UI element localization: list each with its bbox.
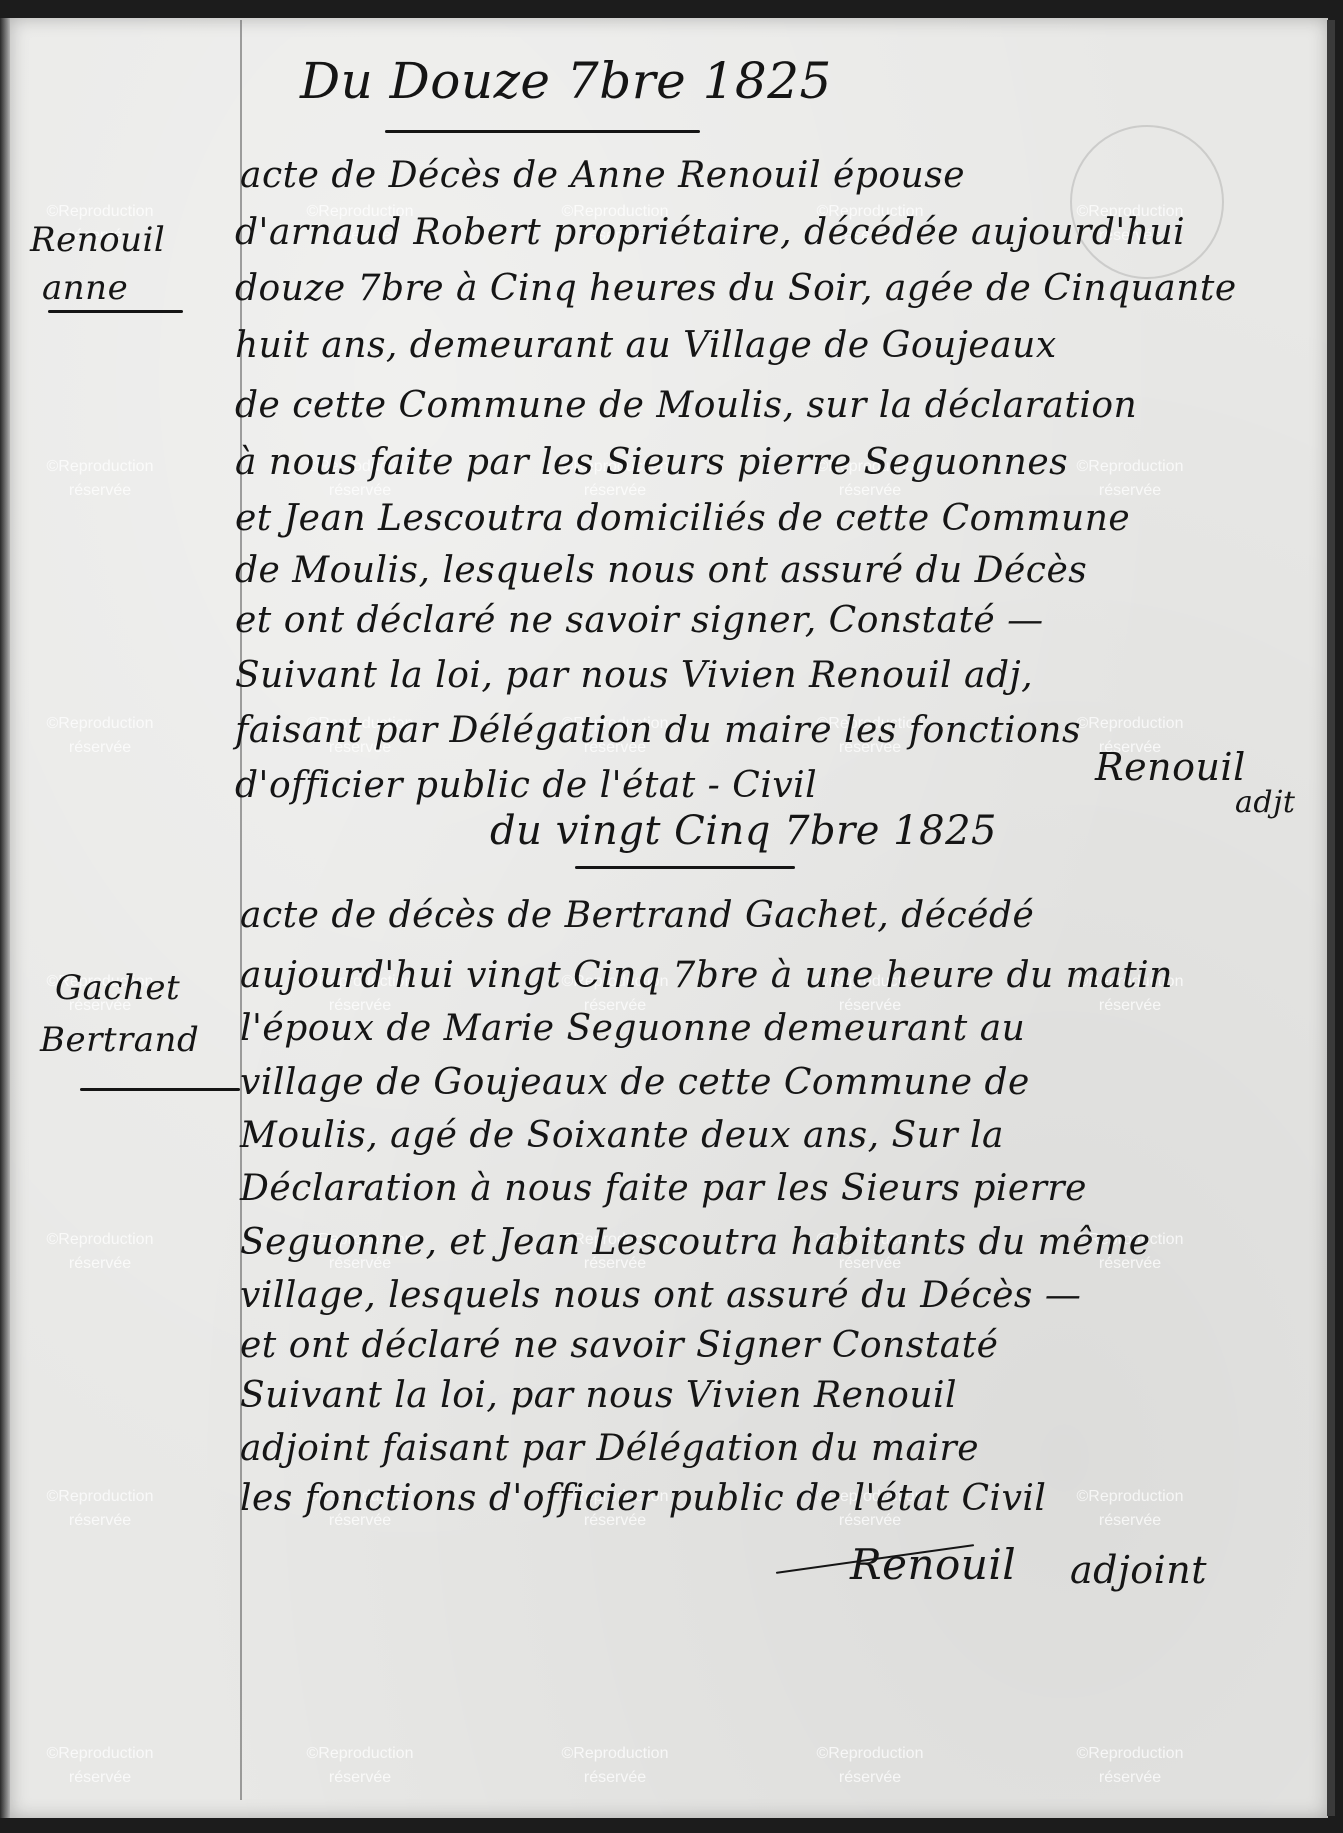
watermark-line1: ©Reproduction <box>47 1745 154 1762</box>
watermark: ©Reproductionréservée <box>30 1742 170 1790</box>
watermark-line1: ©Reproduction <box>307 1745 414 1762</box>
watermark-line1: ©Reproduction <box>562 1745 669 1762</box>
record-line: et Jean Lescoutra domiciliés de cette Co… <box>235 498 1130 539</box>
watermark-line2: réservée <box>1099 1769 1161 1786</box>
record-line: et ont déclaré ne savoir Signer Constaté <box>240 1325 998 1366</box>
watermark: ©Reproductionréservée <box>800 1742 940 1790</box>
watermark: ©Reproductionréservée <box>30 1485 170 1533</box>
watermark: ©Reproductionréservée <box>1060 1742 1200 1790</box>
record-line: adjoint faisant par Délégation du maire <box>240 1428 979 1469</box>
watermark-line1: ©Reproduction <box>47 203 154 220</box>
watermark-line1: ©Reproduction <box>817 1745 924 1762</box>
watermark-line1: ©Reproduction <box>47 1231 154 1248</box>
watermark-line1: ©Reproduction <box>47 715 154 732</box>
record-line: d'arnaud Robert propriétaire, décédée au… <box>235 212 1185 253</box>
watermark-line2: réservée <box>584 482 646 499</box>
record-line: d'officier public de l'état - Civil <box>235 765 817 806</box>
record-line: Suivant la loi, par nous Vivien Renouil … <box>235 655 1033 696</box>
watermark: ©Reproductionréservée <box>30 712 170 760</box>
record-line: Moulis, agé de Soixante deux ans, Sur la <box>240 1115 1004 1156</box>
record-line: acte de Décès de Anne Renouil épouse <box>240 155 965 196</box>
watermark-line2: réservée <box>1099 482 1161 499</box>
watermark-line2: réservée <box>329 1769 391 1786</box>
watermark-line2: réservée <box>69 482 131 499</box>
margin-given-name: anne <box>42 268 128 308</box>
entry-heading-date: Du Douze 7bre 1825 <box>300 52 832 110</box>
record-line: village de Goujeaux de cette Commune de <box>240 1062 1030 1103</box>
heading-underline <box>385 130 700 133</box>
watermark: ©Reproductionréservée <box>290 1742 430 1790</box>
record-line: Suivant la loi, par nous Vivien Renouil <box>240 1375 957 1416</box>
record-line: l'époux de Marie Seguonne demeurant au <box>240 1008 1025 1049</box>
watermark-line2: réservée <box>584 1769 646 1786</box>
record-line: de Moulis, lesquels nous ont assuré du D… <box>235 550 1087 591</box>
margin-surname: Gachet <box>55 968 180 1008</box>
watermark: ©Reproductionréservée <box>30 1228 170 1276</box>
margin-surname: Renouil <box>30 220 165 260</box>
record-line: et ont déclaré ne savoir signer, Constat… <box>235 600 1044 641</box>
record-line: douze 7bre à Cinq heures du Soir, agée d… <box>235 268 1237 309</box>
record-line: faisant par Délégation du maire les fonc… <box>235 710 1081 751</box>
watermark-line1: ©Reproduction <box>47 458 154 475</box>
watermark-line1: ©Reproduction <box>1077 1745 1184 1762</box>
watermark: ©Reproductionréservée <box>30 455 170 503</box>
watermark-line2: réservée <box>839 1769 901 1786</box>
watermark-line2: réservée <box>1099 997 1161 1014</box>
heading-underline <box>575 866 795 869</box>
watermark-line1: ©Reproduction <box>1077 715 1184 732</box>
watermark: ©Reproductionréservée <box>1060 455 1200 503</box>
watermark: ©Reproductionréservée <box>1060 1485 1200 1533</box>
record-line: village, lesquels nous ont assuré du Déc… <box>240 1275 1081 1316</box>
watermark-line2: réservée <box>69 1255 131 1272</box>
record-line: Déclaration à nous faite par les Sieurs … <box>240 1168 1087 1209</box>
record-line: de cette Commune de Moulis, sur la décla… <box>235 385 1137 426</box>
watermark: ©Reproductionréservée <box>545 1742 685 1790</box>
page-right-edge <box>1327 20 1335 1816</box>
record-line: huit ans, demeurant au Village de Goujea… <box>235 325 1057 366</box>
margin-note-underline <box>80 1088 240 1091</box>
watermark-line2: réservée <box>69 739 131 756</box>
watermark-line2: réservée <box>69 1512 131 1529</box>
margin-note-underline <box>48 310 183 313</box>
watermark-line2: réservée <box>839 482 901 499</box>
entry-heading-date: du vingt Cinq 7bre 1825 <box>490 808 997 854</box>
signature-title: adjt <box>1235 785 1295 820</box>
watermark-line2: réservée <box>69 1769 131 1786</box>
record-line: acte de décès de Bertrand Gachet, décédé <box>240 895 1034 936</box>
record-line: les fonctions d'officier public de l'éta… <box>240 1478 1046 1519</box>
watermark-line2: réservée <box>1099 1512 1161 1529</box>
watermark-line1: ©Reproduction <box>1077 1488 1184 1505</box>
signature-name: Renouil <box>1095 745 1246 789</box>
margin-given-name: Bertrand <box>40 1020 199 1060</box>
record-line: à nous faite par les Sieurs pierre Seguo… <box>235 442 1068 483</box>
watermark-line1: ©Reproduction <box>47 1488 154 1505</box>
watermark-line1: ©Reproduction <box>1077 458 1184 475</box>
record-line: Seguonne, et Jean Lescoutra habitants du… <box>240 1222 1151 1263</box>
signature-name: Renouil <box>850 1540 1016 1589</box>
signature-title: adjoint <box>1070 1548 1207 1592</box>
record-line: aujourd'hui vingt Cinq 7bre à une heure … <box>240 955 1173 996</box>
watermark-line2: réservée <box>329 482 391 499</box>
